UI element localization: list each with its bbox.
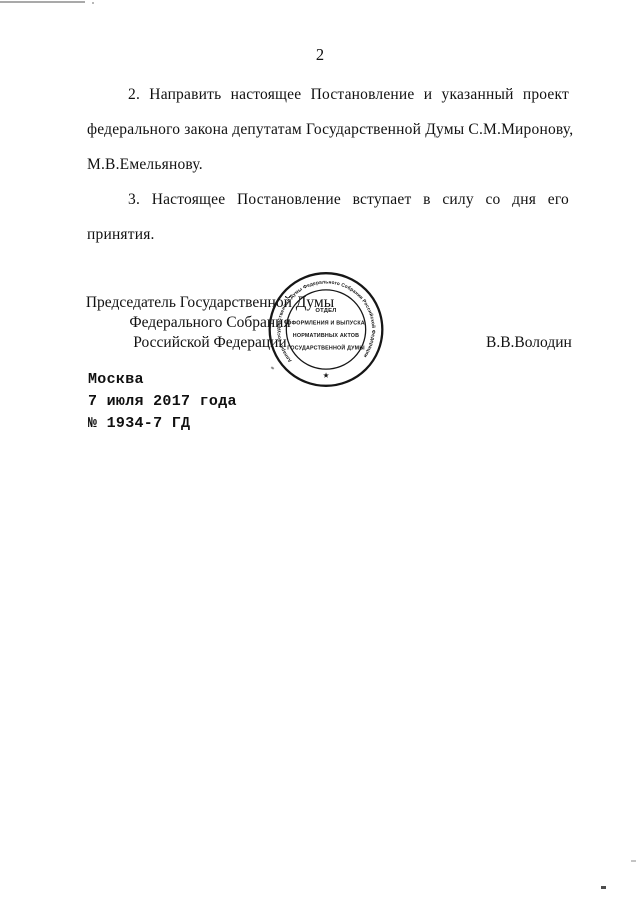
signatory-name: В.В.Володин [486,333,572,353]
stamp-inner-ring [286,290,365,369]
paragraph-2-line: М.В.Емельянову. [87,147,569,182]
footer-date: 7 июля 2017 года [88,391,237,413]
paragraph-3-line: принятия. [87,217,569,252]
footer-block: Москва 7 июля 2017 года № 1934-7 ГД [88,369,237,435]
document-body: 2. Направить настоящее Постановление и у… [87,77,569,252]
scan-artifact-right-speck [601,886,606,889]
scan-artifact-right-dash [631,860,636,862]
page-number: 2 [0,37,640,72]
paragraph-2-line: 2. Направить настоящее Постановление и у… [87,77,569,112]
stamp-center-line: ОТДЕЛ [315,308,336,314]
official-stamp-seal: Аппарат Государственной Думы Федеральног… [266,270,386,389]
footer-city: Москва [88,369,237,391]
scan-artifact-top-dot [92,2,94,4]
scan-artifact-top-line [0,1,85,3]
scanned-document-page: { "page": { "number": "2" }, "body": { "… [0,0,640,905]
stamp-center-line: ГОСУДАРСТВЕННОЙ ДУМЫ [287,343,365,351]
stamp-center-line: ОФОРМЛЕНИЯ И ВЫПУСКА [287,321,365,327]
paragraph-3-line: 3. Настоящее Постановление вступает в си… [87,182,569,217]
footer-number: № 1934-7 ГД [88,413,237,435]
stamp-star-icon: ★ [322,373,329,380]
stamp-center-line: НОРМАТИВНЫХ АКТОВ [293,333,359,339]
paragraph-2-line: федерального закона депутатам Государств… [87,112,569,147]
